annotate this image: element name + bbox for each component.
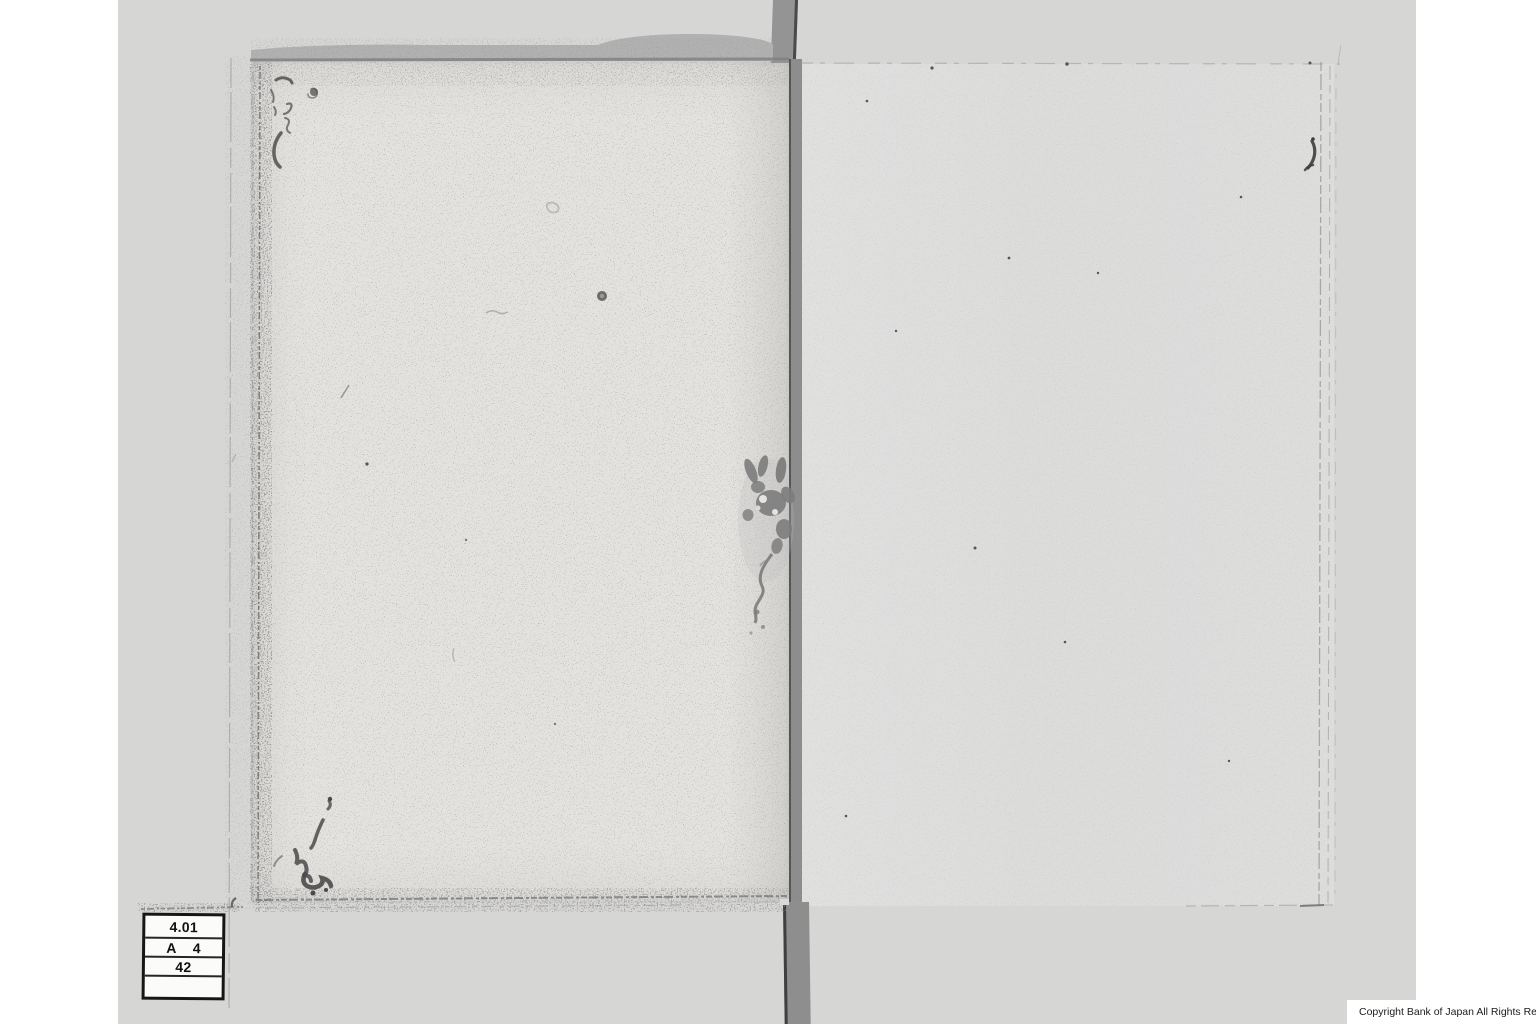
left-page: [251, 61, 790, 903]
call-number-row-3: 42: [145, 958, 222, 978]
call-number-row-4: [145, 977, 222, 998]
binding-strip-middle: [789, 59, 802, 907]
call-number-row-1: 4.01: [145, 916, 222, 940]
call-number-value-3: 42: [175, 958, 191, 974]
call-number-value-1: 4.01: [169, 918, 198, 934]
call-number-value-2b: 4: [193, 940, 201, 956]
copyright-text: Copyright Bank of Japan All Rights Reser…: [1359, 1006, 1536, 1018]
binding-strip-bottom: [783, 902, 811, 1024]
scanned-document-page: 4.01 A 4 42 Copyright Bank of Japan All …: [0, 0, 1536, 1024]
call-number-label: 4.01 A 4 42: [142, 913, 226, 1001]
call-number-value-2a: A: [166, 939, 177, 955]
call-number-row-2: A 4: [145, 939, 222, 959]
binding-strip-top: [771, 0, 798, 63]
right-page: [800, 64, 1334, 906]
copyright-label: Copyright Bank of Japan All Rights Reser…: [1347, 1000, 1536, 1024]
